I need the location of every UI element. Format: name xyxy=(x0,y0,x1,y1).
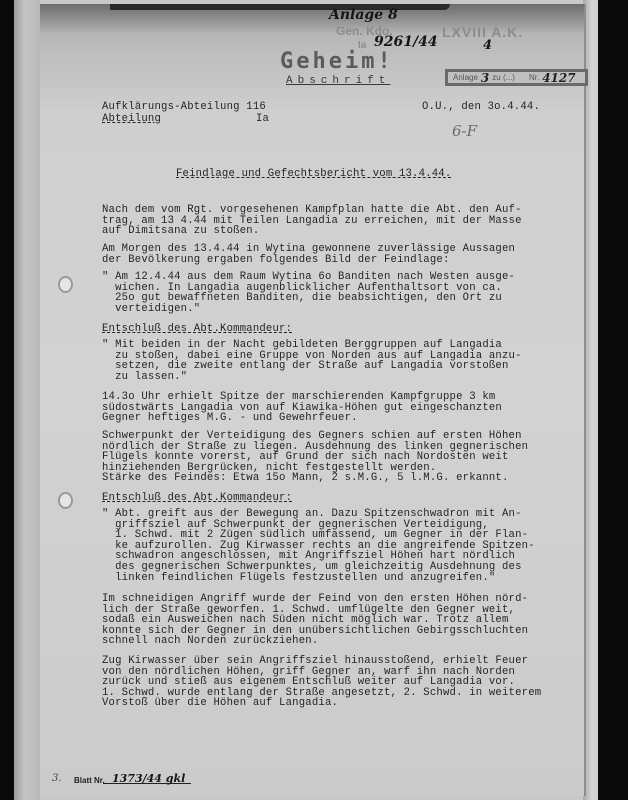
paragraph-3: 14.3o Uhr erhielt Spitze der marschieren… xyxy=(102,392,502,424)
quote-1: " Am 12.4.44 aus dem Raum Wytina 6o Band… xyxy=(102,272,515,314)
sender-unit: Aufklärungs-Abteilung 116 xyxy=(102,102,266,113)
document-page: Anlage 8 Gen. Kdo. LXVIII A.K. Ia 9261/4… xyxy=(40,4,586,796)
sender-department: Abteilung xyxy=(102,114,282,125)
top-shadow xyxy=(110,4,450,10)
heading-decision-1: Entschluß des Abt.Kommandeur: xyxy=(102,324,292,335)
anlage-label: Anlage xyxy=(453,73,478,82)
copy-label: Abschrift xyxy=(286,75,390,87)
punch-hole-top xyxy=(58,276,73,293)
anlage-nr-label: Nr. xyxy=(529,73,539,82)
paragraph-2: Am Morgen des 13.4.44 in Wytina gewonnen… xyxy=(102,244,515,265)
paragraph-5: Im schneidigen Angriff wurde der Feind v… xyxy=(102,594,528,647)
punch-hole-bottom xyxy=(58,492,73,509)
anlage-stamp-box: Anlage 3 zu (...) Nr. 4127 xyxy=(445,69,588,86)
handwritten-mark: 4 xyxy=(483,38,492,53)
anlage-handwritten: 3 xyxy=(481,71,489,85)
heading-decision-2: Entschluß des Abt.Kommandeur: xyxy=(102,493,292,504)
footer-prefix-mark: 3. xyxy=(52,773,62,784)
quote-2: " Mit beiden in der Nacht gebildeten Ber… xyxy=(102,340,522,382)
paragraph-1: Nach dem vom Rgt. vorgesehenen Kampfplan… xyxy=(102,205,522,237)
handwritten-journal-number: 9261/44 xyxy=(374,34,438,50)
sender-section: Ia xyxy=(256,114,269,125)
quote-3: " Abt. greift aus der Bewegung an. Dazu … xyxy=(102,509,535,583)
place-date: O.U., den 3o.4.44. xyxy=(422,102,540,113)
classification-stamp: Geheim! xyxy=(280,49,394,74)
binder-edge-left xyxy=(14,0,40,800)
report-title: Feindlage und Gefechtsbericht vom 13.4.4… xyxy=(176,169,451,180)
margin-note: 6-F xyxy=(452,122,477,140)
footer-label: Blatt Nr. xyxy=(74,776,105,785)
paragraph-6: Zug Kirwasser über sein Angriffsziel hin… xyxy=(102,656,541,709)
footer-underline xyxy=(103,783,191,784)
handwritten-anlage: Anlage 8 xyxy=(329,7,398,23)
anlage-nr-handwritten: 4127 xyxy=(542,71,575,85)
paragraph-4: Schwerpunkt der Verteidigung des Gegners… xyxy=(102,431,528,484)
anlage-zu: zu (...) xyxy=(492,73,515,82)
